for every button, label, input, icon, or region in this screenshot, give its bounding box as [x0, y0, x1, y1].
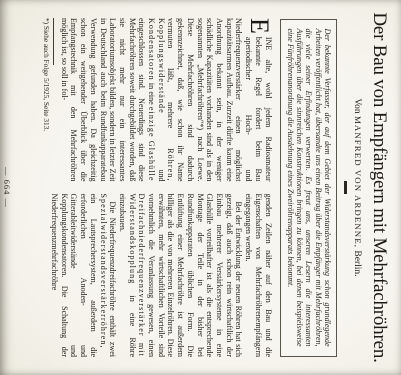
dropcap-initial: E: [247, 18, 273, 37]
footnote-rule: [53, 18, 54, 65]
left-text-3: in eine: [147, 81, 156, 107]
right-column-paragraph-1: genden Zeilen näher auf den Bau und die …: [243, 194, 272, 358]
left-text-1: INE alte, wohl jedem Radioamateur bekann…: [166, 18, 272, 182]
abstract-box: Der bekannte Verfasser, der auf dem Gebi…: [280, 19, 337, 357]
scanned-page-viewport: Der Bau von Empfängern mit Mehrfachröhre…: [0, 0, 401, 375]
right-column-paragraph-2: Bei der Entwicklung der neuen Röhren hat…: [117, 194, 243, 358]
left-column-paragraph: EINE alte, wohl jedem Radioamateur bekan…: [59, 18, 272, 182]
article-byline: Von MANFRED VON ARDENNE, Berlin.: [352, 0, 363, 375]
page-number: — 664 —: [2, 0, 12, 375]
right-p3-text-1: Die Niederfrequenzdreifachröhre enthält …: [108, 202, 117, 358]
left-text-2: und: [157, 114, 166, 182]
byline-separator-rule: [344, 181, 347, 194]
abstract-text: Der bekannte Verfasser, der auf dem Gebi…: [286, 29, 332, 347]
author-name: MANFRED VON ARDENNE,: [353, 116, 363, 248]
right-column-paragraph-3: Die Niederfrequenzdreifachröhre enthält …: [49, 194, 117, 358]
left-text-4: eingeschlossen sind. Neuerdings sind die…: [60, 18, 147, 182]
emphasis-spezialroehren: Spezialwiderstandsverstärkerröhren: [99, 194, 108, 346]
column-left: EINE alte, wohl jedem Radioamateur bekan…: [42, 18, 272, 182]
emphasis-einzige-glashuelle: einzige Glashülle: [147, 107, 156, 182]
magazine-page-scan: Der Bau von Empfängern mit Mehrfachröhre…: [0, 0, 401, 375]
right-p2-text-1: Bei der Entwicklung der neuen Röhren hat…: [147, 194, 243, 358]
column-right: genden Zeilen näher auf den Bau und die …: [42, 194, 272, 358]
article-title: Der Bau von Empfängern mit Mehrfachröhre…: [368, 6, 390, 369]
article-columns: EINE alte, wohl jedem Radioamateur bekan…: [42, 18, 272, 357]
emphasis-kondensatoren: Kondensatoren: [147, 18, 156, 81]
byline-place: Berlin.: [352, 250, 362, 276]
byline-prefix: Von: [352, 98, 362, 113]
footnote: *) Siehe auch Folge 5/1925, Seite 313.: [42, 18, 51, 182]
